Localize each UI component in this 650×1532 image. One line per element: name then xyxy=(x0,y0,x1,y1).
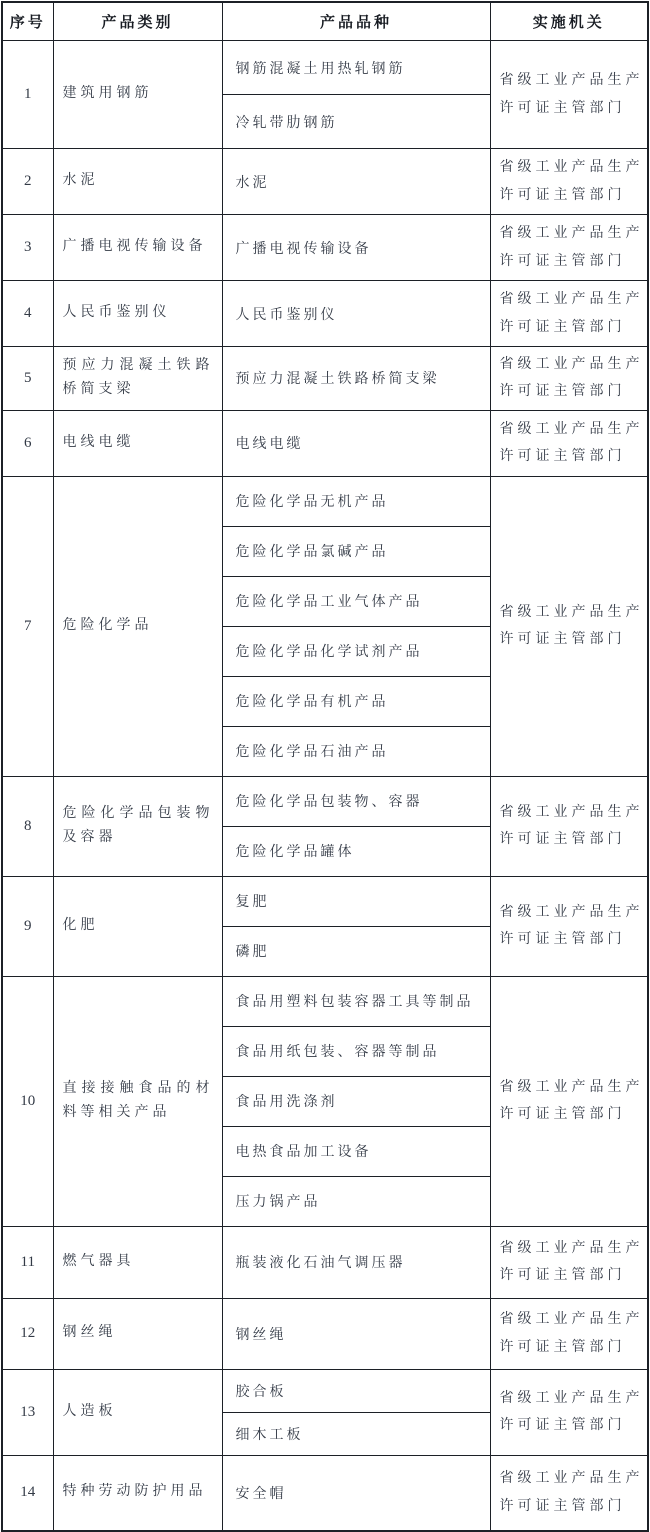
variety-cell: 瓶装液化石油气调压器 xyxy=(222,1226,490,1295)
category-cell: 化肥 xyxy=(53,876,222,976)
variety-cell: 危险化学品有机产品 xyxy=(222,676,490,726)
authority-cell: 省级工业产品生产许可证主管部门 xyxy=(490,476,648,776)
variety-cell: 广播电视传输设备 xyxy=(222,215,490,281)
authority-line: 许可证主管部门 xyxy=(500,443,645,470)
variety-cell: 食品用塑料包装容器工具等制品 xyxy=(222,976,490,1026)
license-product-table: 序号产品类别产品品种实施机关 1建筑用钢筋钢筋混凝土用热轧钢筋省级工业产品生产许… xyxy=(1,1,649,1295)
authority-cell: 省级工业产品生产许可证主管部门 xyxy=(490,410,648,476)
category-cell: 广播电视传输设备 xyxy=(53,215,222,281)
table-row: 10直接接触食品的材料等相关产品食品用塑料包装容器工具等制品省级工业产品生产许可… xyxy=(2,976,648,1026)
variety-cell: 人民币鉴别仪 xyxy=(222,281,490,347)
authority-cell: 省级工业产品生产许可证主管部门 xyxy=(490,776,648,876)
authority-line: 许可证主管部门 xyxy=(500,95,645,122)
authority-line: 许可证主管部门 xyxy=(500,626,645,653)
variety-cell: 危险化学品无机产品 xyxy=(222,476,490,526)
table-row: 7危险化学品危险化学品无机产品省级工业产品生产许可证主管部门 xyxy=(2,476,648,526)
authority-line: 许可证主管部门 xyxy=(500,314,645,341)
authority-cell: 省级工业产品生产许可证主管部门 xyxy=(490,976,648,1226)
row-number-cell: 7 xyxy=(2,476,53,776)
table-row: 3广播电视传输设备广播电视传输设备省级工业产品生产许可证主管部门 xyxy=(2,215,648,281)
row-number-cell: 9 xyxy=(2,876,53,976)
category-cell: 直接接触食品的材料等相关产品 xyxy=(53,976,222,1226)
variety-cell: 危险化学品包装物、容器 xyxy=(222,776,490,826)
row-number-cell: 3 xyxy=(2,215,53,281)
license-product-table-wrap: 序号产品类别产品品种实施机关 1建筑用钢筋钢筋混凝土用热轧钢筋省级工业产品生产许… xyxy=(1,1,649,1295)
authority-cell: 省级工业产品生产许可证主管部门 xyxy=(490,876,648,976)
row-number-cell: 1 xyxy=(2,41,53,149)
authority-line: 省级工业产品生产 xyxy=(500,899,645,926)
table-row: 9化肥复肥省级工业产品生产许可证主管部门 xyxy=(2,876,648,926)
table-row: 1建筑用钢筋钢筋混凝土用热轧钢筋省级工业产品生产许可证主管部门 xyxy=(2,41,648,95)
authority-line: 省级工业产品生产 xyxy=(500,351,645,378)
authority-cell: 省级工业产品生产许可证主管部门 xyxy=(490,149,648,215)
category-cell: 水泥 xyxy=(53,149,222,215)
category-cell: 危险化学品 xyxy=(53,476,222,776)
row-number-cell: 8 xyxy=(2,776,53,876)
variety-cell: 复肥 xyxy=(222,876,490,926)
row-number-cell: 6 xyxy=(2,410,53,476)
column-header: 产品品种 xyxy=(222,2,490,41)
table-row: 6电线电缆电线电缆省级工业产品生产许可证主管部门 xyxy=(2,410,648,476)
authority-line: 许可证主管部门 xyxy=(500,926,645,953)
table-row: 11燃气器具瓶装液化石油气调压器省级工业产品生产许可证主管部门 xyxy=(2,1226,648,1295)
category-cell: 人民币鉴别仪 xyxy=(53,281,222,347)
authority-line: 许可证主管部门 xyxy=(500,248,645,275)
authority-cell: 省级工业产品生产许可证主管部门 xyxy=(490,347,648,411)
variety-cell: 压力锅产品 xyxy=(222,1176,490,1226)
row-number-cell: 10 xyxy=(2,976,53,1226)
authority-line: 许可证主管部门 xyxy=(500,826,645,853)
row-number-cell: 11 xyxy=(2,1226,53,1295)
variety-cell: 钢筋混凝土用热轧钢筋 xyxy=(222,41,490,95)
table-row: 2水泥水泥省级工业产品生产许可证主管部门 xyxy=(2,149,648,215)
variety-cell: 危险化学品化学试剂产品 xyxy=(222,626,490,676)
variety-cell: 危险化学品氯碱产品 xyxy=(222,526,490,576)
row-number-cell: 4 xyxy=(2,281,53,347)
authority-line: 省级工业产品生产 xyxy=(500,416,645,443)
variety-cell: 电线电缆 xyxy=(222,410,490,476)
table-row: 8危险化学品包装物及容器危险化学品包装物、容器省级工业产品生产许可证主管部门 xyxy=(2,776,648,826)
category-cell: 建筑用钢筋 xyxy=(53,41,222,149)
row-number-cell: 5 xyxy=(2,347,53,411)
authority-line: 省级工业产品生产 xyxy=(500,154,645,181)
header-row: 序号产品类别产品品种实施机关 xyxy=(2,2,648,41)
authority-line: 省级工业产品生产 xyxy=(500,1074,645,1101)
variety-cell: 食品用纸包装、容器等制品 xyxy=(222,1026,490,1076)
variety-cell: 危险化学品石油产品 xyxy=(222,726,490,776)
category-cell: 燃气器具 xyxy=(53,1226,222,1295)
variety-cell: 冷轧带肋钢筋 xyxy=(222,95,490,149)
authority-line: 许可证主管部门 xyxy=(500,1262,645,1289)
category-cell: 电线电缆 xyxy=(53,410,222,476)
row-number-cell: 2 xyxy=(2,149,53,215)
table-row: 5预应力混凝土铁路桥简支梁预应力混凝土铁路桥简支梁省级工业产品生产许可证主管部门 xyxy=(2,347,648,411)
authority-line: 省级工业产品生产 xyxy=(500,220,645,247)
authority-line: 省级工业产品生产 xyxy=(500,67,645,94)
authority-line: 许可证主管部门 xyxy=(500,182,645,209)
variety-cell: 危险化学品工业气体产品 xyxy=(222,576,490,626)
authority-line: 省级工业产品生产 xyxy=(500,1235,645,1262)
table-row: 4人民币鉴别仪人民币鉴别仪省级工业产品生产许可证主管部门 xyxy=(2,281,648,347)
authority-line: 省级工业产品生产 xyxy=(500,599,645,626)
variety-cell: 磷肥 xyxy=(222,926,490,976)
column-header: 序号 xyxy=(2,2,53,41)
category-cell: 危险化学品包装物及容器 xyxy=(53,776,222,876)
variety-cell: 电热食品加工设备 xyxy=(222,1126,490,1176)
column-header: 产品类别 xyxy=(53,2,222,41)
authority-cell: 省级工业产品生产许可证主管部门 xyxy=(490,41,648,149)
authority-line: 省级工业产品生产 xyxy=(500,286,645,313)
category-cell: 预应力混凝土铁路桥简支梁 xyxy=(53,347,222,411)
variety-cell: 水泥 xyxy=(222,149,490,215)
authority-line: 许可证主管部门 xyxy=(500,1101,645,1128)
authority-cell: 省级工业产品生产许可证主管部门 xyxy=(490,1226,648,1295)
variety-cell: 预应力混凝土铁路桥简支梁 xyxy=(222,347,490,411)
variety-cell: 危险化学品罐体 xyxy=(222,826,490,876)
authority-cell: 省级工业产品生产许可证主管部门 xyxy=(490,215,648,281)
authority-line: 省级工业产品生产 xyxy=(500,799,645,826)
variety-cell: 食品用洗涤剂 xyxy=(222,1076,490,1126)
authority-line: 许可证主管部门 xyxy=(500,378,645,405)
authority-cell: 省级工业产品生产许可证主管部门 xyxy=(490,281,648,347)
column-header: 实施机关 xyxy=(490,2,648,41)
